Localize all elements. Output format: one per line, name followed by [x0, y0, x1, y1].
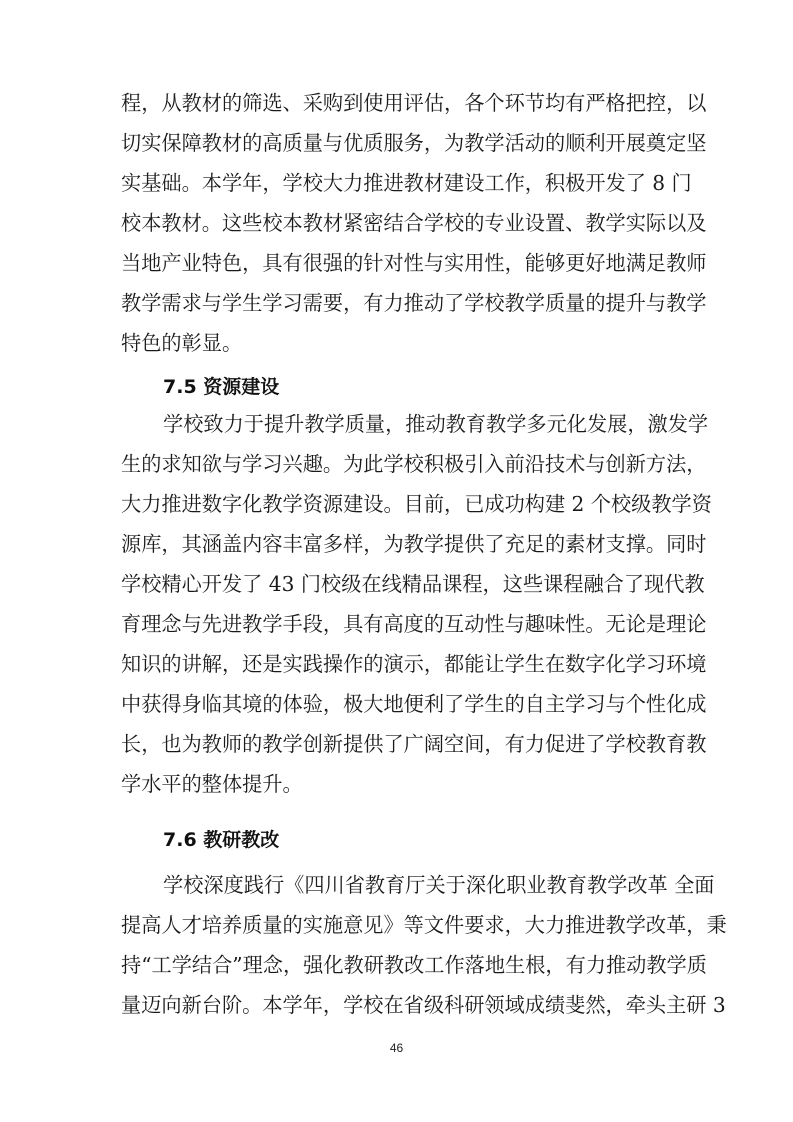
text-line: 实基础。本学年，学校大力推进教材建设工作，积极开发了 8 门: [121, 171, 669, 195]
text-line: 源库，其涵盖内容丰富多样，为教学提供了充足的素材支撑。同时: [121, 532, 669, 556]
text-line: 切实保障教材的高质量与优质服务，为教学活动的顺利开展奠定坚: [121, 131, 669, 155]
text-line: 校本教材。这些校本教材紧密结合学校的专业设置、教学实际以及: [121, 211, 669, 235]
text-line: 程，从教材的筛选、采购到使用评估，各个环节均有严格把控，以: [121, 91, 669, 115]
text-line: 学校精心开发了 43 门校级在线精品课程，这些课程融合了现代教: [121, 572, 669, 596]
text-line: 育理念与先进教学手段，具有高度的互动性与趣味性。无论是理论: [121, 612, 669, 636]
section-heading-7-5: 7.5 资源建设: [163, 374, 279, 400]
section-heading-7-6: 7.6 教研教改: [163, 827, 279, 853]
text-line: 生的求知欲与学习兴趣。为此学校积极引入前沿技术与创新方法，: [121, 452, 669, 476]
text-line: 当地产业特色，具有很强的针对性与实用性，能够更好地满足教师: [121, 251, 669, 275]
text-line: 中获得身临其境的体验，极大地便利了学生的自主学习与个性化成: [121, 692, 669, 716]
text-line: 量迈向新台阶。本学年，学校在省级科研领域成绩斐然，牵头主研 3: [121, 993, 669, 1017]
text-line: 学校深度践行《四川省教育厅关于深化职业教育教学改革 全面: [163, 873, 669, 897]
text-line: 特色的彰显。: [121, 331, 669, 355]
text-line: 大力推进数字化教学资源建设。目前，已成功构建 2 个校级教学资: [121, 492, 669, 516]
text-line: 学水平的整体提升。: [121, 772, 669, 796]
document-page: 程，从教材的筛选、采购到使用评估，各个环节均有严格把控，以 切实保障教材的高质量…: [0, 0, 793, 1122]
text-line: 学校致力于提升教学质量，推动教育教学多元化发展，激发学: [163, 412, 669, 436]
text-line: 知识的讲解，还是实践操作的演示，都能让学生在数字化学习环境: [121, 652, 669, 676]
text-line: 提高人才培养质量的实施意见》等文件要求，大力推进教学改革，秉: [121, 913, 669, 937]
page-number: 46: [0, 1041, 793, 1055]
text-line: 教学需求与学生学习需要，有力推动了学校教学质量的提升与教学: [121, 291, 669, 315]
text-line: 持“工学结合”理念，强化教研教改工作落地生根，有力推动教学质: [121, 953, 669, 977]
text-line: 长，也为教师的教学创新提供了广阔空间，有力促进了学校教育教: [121, 732, 669, 756]
